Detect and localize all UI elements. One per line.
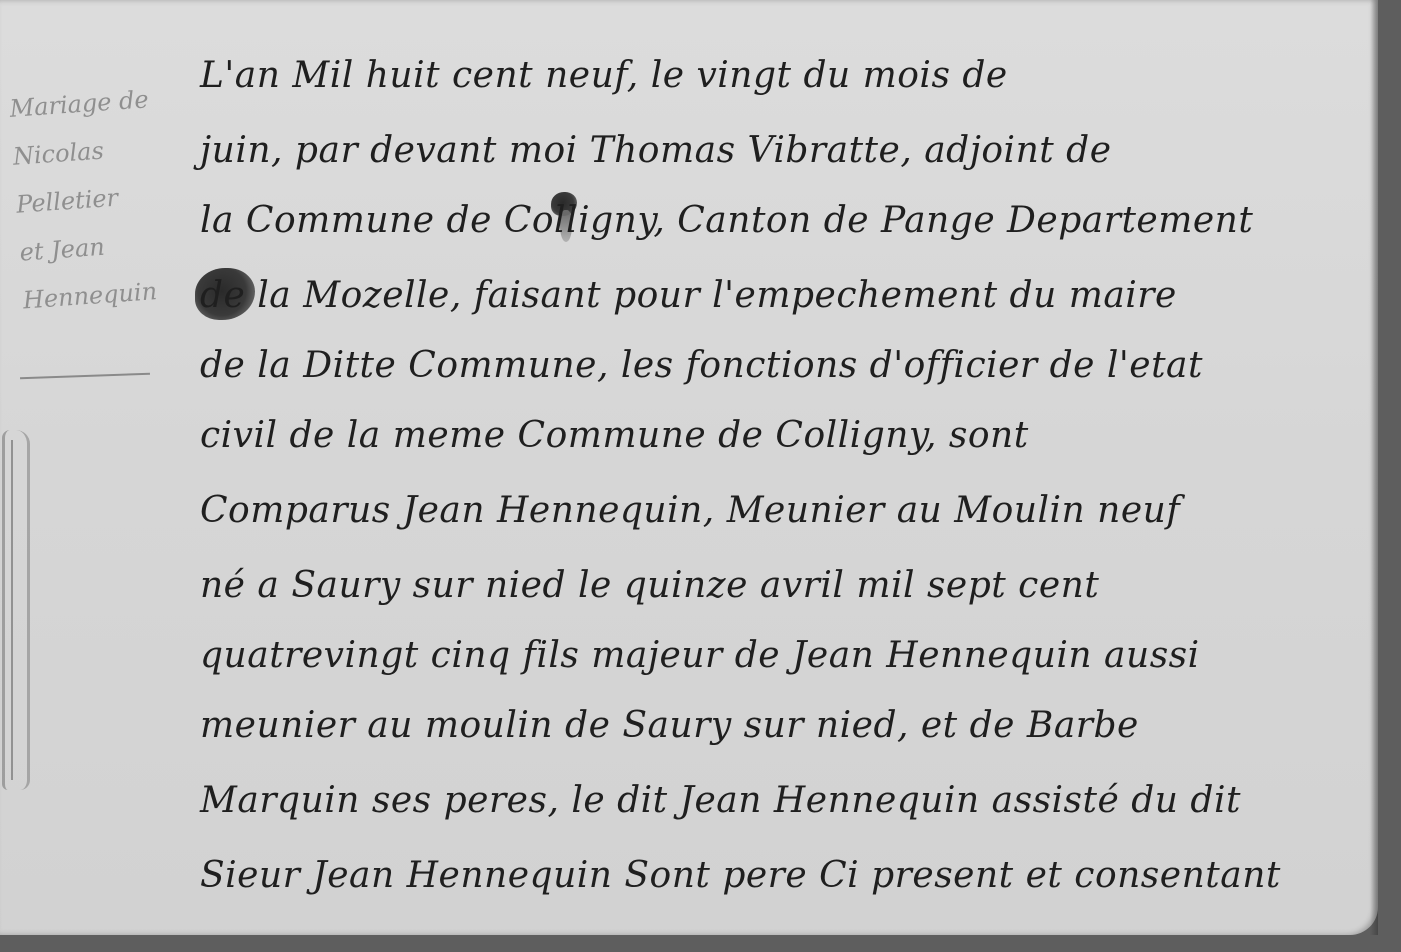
record-line: de la Ditte Commune, les fonctions d'off… xyxy=(200,345,1203,386)
paper-sheet: Mariage de Nicolas Pelletier et Jean Hen… xyxy=(0,0,1378,935)
record-line: Comparus Jean Hennequin, Meunier au Moul… xyxy=(200,490,1180,531)
record-line: juin, par devant moi Thomas Vibratte, ad… xyxy=(200,130,1112,171)
scanned-page: Mariage de Nicolas Pelletier et Jean Hen… xyxy=(0,0,1401,952)
binding-thread xyxy=(2,430,30,790)
record-line: meunier au moulin de Saury sur nied, et … xyxy=(200,705,1139,746)
margin-note: Mariage de Nicolas Pelletier et Jean Hen… xyxy=(8,72,209,324)
record-line: quatrevingt cinq fils majeur de Jean Hen… xyxy=(200,635,1200,676)
record-line: civil de la meme Commune de Colligny, so… xyxy=(200,415,1029,456)
record-line: né a Saury sur nied le quinze avril mil … xyxy=(200,565,1099,606)
record-line: Sieur Jean Hennequin Sont pere Ci presen… xyxy=(200,855,1281,896)
record-line: la Commune de Colligny, Canton de Pange … xyxy=(200,200,1253,241)
record-line: Marquin ses peres, le dit Jean Hennequin… xyxy=(200,780,1241,821)
margin-underline xyxy=(20,373,150,380)
record-line: de la Mozelle, faisant pour l'empechemen… xyxy=(200,275,1177,316)
record-line: L'an Mil huit cent neuf, le vingt du moi… xyxy=(200,55,1008,96)
